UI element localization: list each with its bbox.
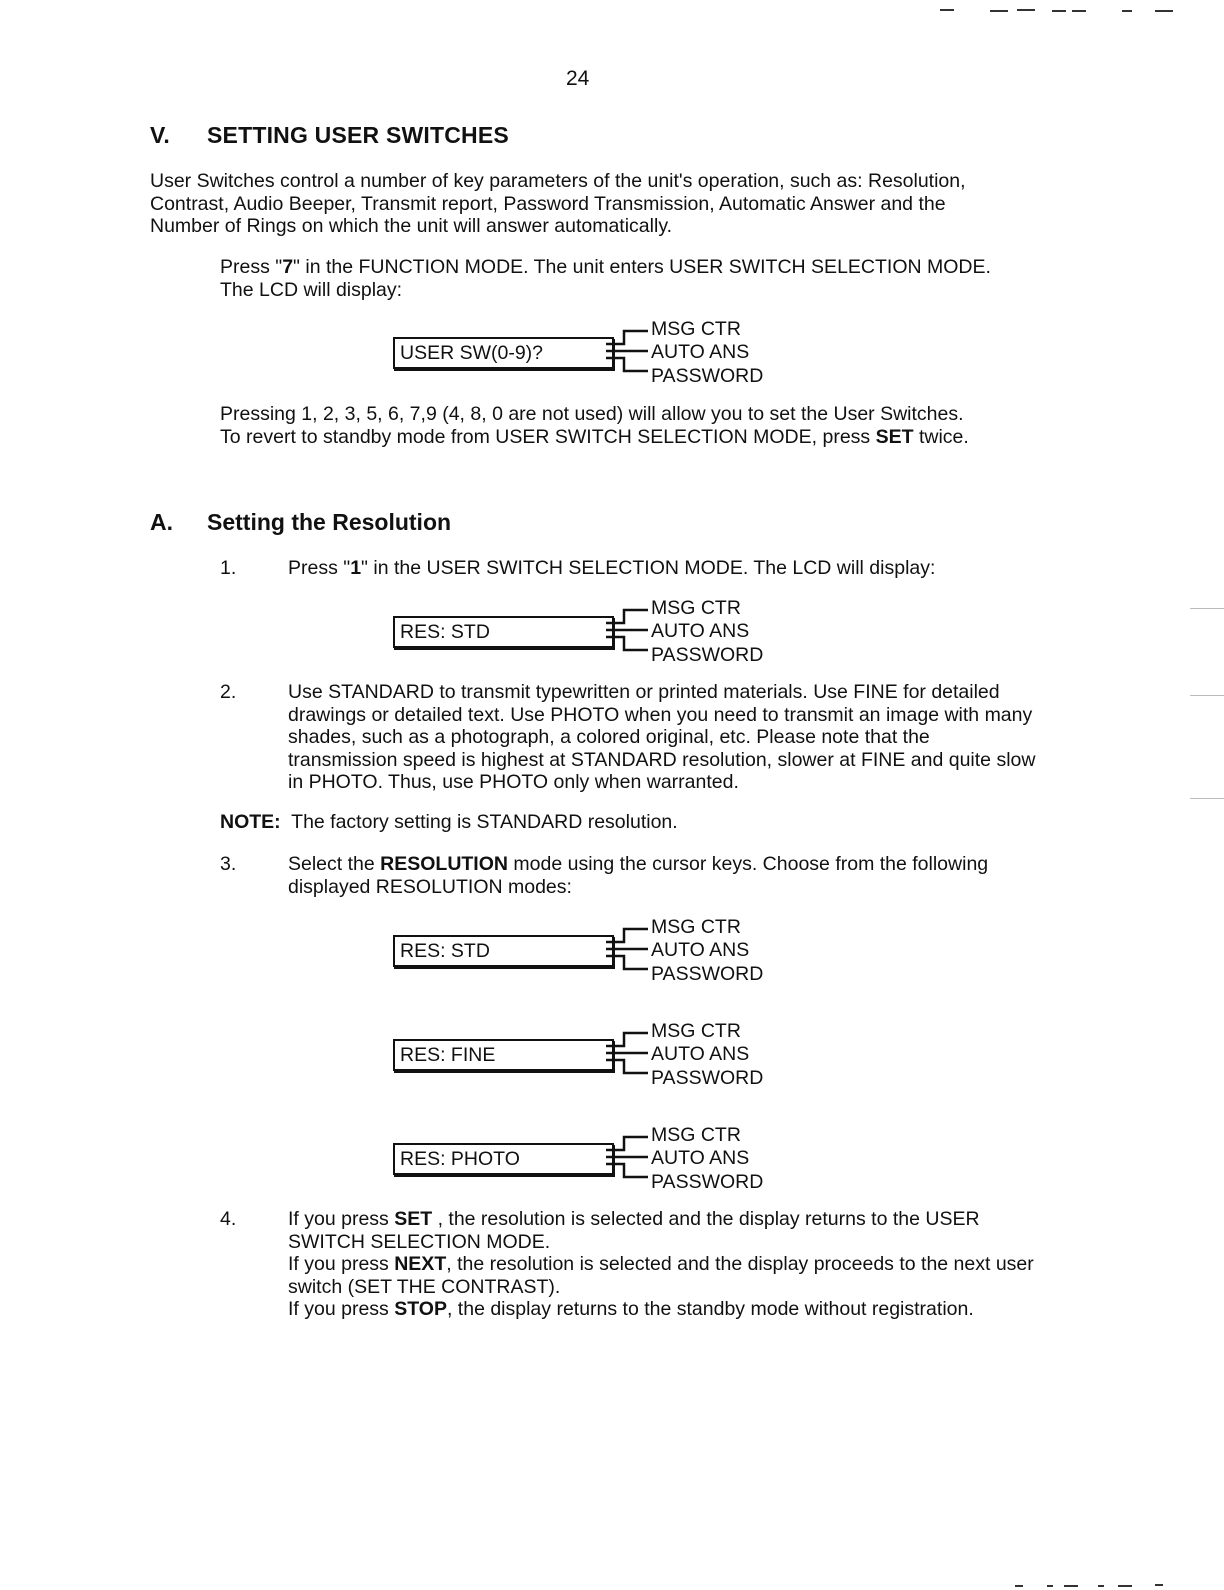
scan-artifact [940, 9, 954, 11]
lcd-display-res-std: RES: STD MSG CTR AUTO ANS PASSWORD [382, 912, 772, 982]
margin-line [1190, 608, 1224, 609]
step-2: 2. Use STANDARD to transmit typewritten … [220, 681, 1040, 794]
subsection-heading: A.Setting the Resolution [150, 511, 451, 534]
scan-artifact [1064, 1585, 1078, 1587]
page-number: 24 [566, 68, 589, 91]
section-heading: V.SETTING USER SWITCHES [150, 124, 509, 147]
scan-artifact [1118, 1585, 1132, 1587]
note-label: NOTE: [220, 811, 281, 833]
scan-artifact [1047, 1585, 1053, 1587]
scan-artifact [1072, 10, 1086, 12]
lcd-label-msg-ctr: MSG CTR [651, 1124, 741, 1146]
scan-artifact [1015, 1585, 1023, 1587]
scan-artifact [1155, 1584, 1163, 1586]
step-number: 2. [220, 681, 288, 794]
step-number: 3. [220, 853, 288, 898]
lcd-label-password: PASSWORD [651, 1067, 763, 1089]
key-1: 1 [350, 557, 361, 579]
lcd-connector-icon [602, 1120, 652, 1190]
lcd-display-res-std: RES: STD MSG CTR AUTO ANS PASSWORD [382, 593, 772, 663]
margin-line [1190, 798, 1224, 799]
scan-artifact [1155, 10, 1173, 12]
lcd-label-auto-ans: AUTO ANS [651, 1043, 749, 1065]
lcd-screen: RES: STD [393, 616, 614, 648]
lcd-screen: RES: STD [393, 935, 614, 967]
key-set: SET [876, 426, 914, 448]
scan-artifact [1052, 10, 1066, 12]
note: NOTE: The factory setting is STANDARD re… [220, 811, 678, 834]
subsection-title: Setting the Resolution [207, 509, 451, 535]
step-4: 4. If you press SET , the resolution is … [220, 1208, 1050, 1321]
lcd-connector-icon [602, 314, 652, 384]
lcd-label-password: PASSWORD [651, 644, 763, 666]
lcd-screen: RES: PHOTO [393, 1143, 614, 1175]
lcd-display-user-sw: USER SW(0-9)? MSG CTR AUTO ANS PASSWORD [382, 314, 772, 384]
lcd-label-auto-ans: AUTO ANS [651, 341, 749, 363]
lcd-label-auto-ans: AUTO ANS [651, 620, 749, 642]
lcd-screen: USER SW(0-9)? [393, 337, 614, 369]
section-title: SETTING USER SWITCHES [207, 122, 509, 148]
key-next: NEXT [394, 1253, 446, 1275]
step-1: 1. Press "1" in the USER SWITCH SELECTIO… [220, 557, 1040, 580]
lcd-label-auto-ans: AUTO ANS [651, 939, 749, 961]
lcd-connector-icon [602, 593, 652, 663]
lcd-label-password: PASSWORD [651, 365, 763, 387]
margin-line [1190, 695, 1224, 696]
scan-artifact [1098, 1585, 1104, 1587]
lcd-display-res-photo: RES: PHOTO MSG CTR AUTO ANS PASSWORD [382, 1120, 772, 1190]
step-number: 4. [220, 1208, 288, 1321]
lcd-label-msg-ctr: MSG CTR [651, 916, 741, 938]
lcd-display-res-fine: RES: FINE MSG CTR AUTO ANS PASSWORD [382, 1016, 772, 1086]
section-number: V. [150, 124, 207, 147]
scan-artifact [1017, 9, 1035, 11]
press-7-paragraph: Press "7" in the FUNCTION MODE. The unit… [220, 256, 1000, 301]
key-resolution: RESOLUTION [380, 853, 508, 875]
lcd-label-msg-ctr: MSG CTR [651, 1020, 741, 1042]
lcd-label-auto-ans: AUTO ANS [651, 1147, 749, 1169]
key-set: SET [394, 1208, 432, 1230]
lcd-label-password: PASSWORD [651, 1171, 763, 1193]
intro-paragraph: User Switches control a number of key pa… [150, 170, 1020, 238]
pressing-paragraph: Pressing 1, 2, 3, 5, 6, 7,9 (4, 8, 0 are… [220, 403, 1040, 448]
key-stop: STOP [394, 1298, 447, 1320]
lcd-connector-icon [602, 912, 652, 982]
step-number: 1. [220, 557, 288, 580]
lcd-label-msg-ctr: MSG CTR [651, 597, 741, 619]
lcd-label-password: PASSWORD [651, 963, 763, 985]
scan-artifact [1122, 10, 1132, 12]
subsection-letter: A. [150, 511, 207, 534]
lcd-connector-icon [602, 1016, 652, 1086]
key-7: 7 [282, 256, 293, 278]
scan-artifact [990, 10, 1008, 12]
lcd-label-msg-ctr: MSG CTR [651, 318, 741, 340]
lcd-screen: RES: FINE [393, 1039, 614, 1071]
step-3: 3. Select the RESOLUTION mode using the … [220, 853, 1040, 898]
